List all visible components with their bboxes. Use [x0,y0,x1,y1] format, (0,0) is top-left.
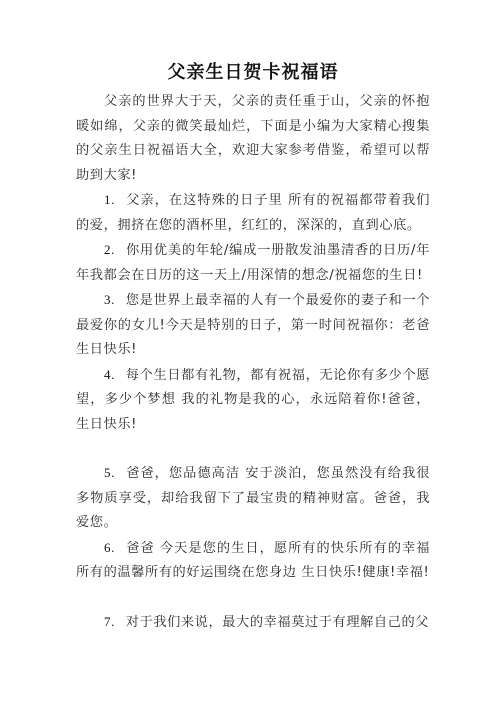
item-number: 1. [104,192,115,207]
item-text: 爸爸，您品德高洁 安于淡泊，您虽然没有给我很多物质享受，却给我留下了最宝贵的精神… [76,466,430,530]
wish-item-2: 2. 你用优美的年轮/编成一册散发油墨清香的日历/年年我都会在日历的这一天上/用… [76,238,430,288]
intro-paragraph: 父亲的世界大于天，父亲的责任重于山，父亲的怀抱暖如绵，父亲的微笑最灿烂，下面是小… [76,90,430,188]
item-number: 3. [104,292,115,307]
item-number: 6. [104,540,115,555]
wish-item-3: 3. 您是世界上最幸福的人有一个最爱你的妻子和一个最爱你的女儿!今天是特别的日子… [76,288,430,363]
wish-item-4: 4. 每个生日都有礼物，都有祝福，无论你有多少个愿望，多少个梦想 我的礼物是我的… [76,363,430,438]
paragraph-spacer [76,437,430,461]
item-number: 2. [104,242,115,257]
item-text: 你用优美的年轮/编成一册散发油墨清香的日历/年年我都会在日历的这一天上/用深情的… [76,243,430,283]
wish-item-1: 1. 父亲，在这特殊的日子里 所有的祝福都带着我们的爱，拥挤在您的酒杯里，红红的… [76,188,430,238]
item-text: 对于我们来说，最大的幸福莫过于有理解自己的父 [126,615,429,630]
paragraph-spacer [76,586,430,610]
wish-item-6: 6. 爸爸 今天是您的生日，愿所有的快乐所有的幸福所有的温馨所有的好运围绕在您身… [76,536,430,586]
item-text: 父亲，在这特殊的日子里 所有的祝福都带着我们的爱，拥挤在您的酒杯里，红红的，深深… [76,193,430,233]
wish-item-7: 7. 对于我们来说，最大的幸福莫过于有理解自己的父 [76,610,430,636]
item-text: 您是世界上最幸福的人有一个最爱你的妻子和一个最爱你的女儿!今天是特别的日子，第一… [76,293,430,357]
item-text: 每个生日都有礼物，都有祝福，无论你有多少个愿望，多少个梦想 我的礼物是我的心，永… [76,368,430,432]
document-page: 父亲生日贺卡祝福语 父亲的世界大于天，父亲的责任重于山，父亲的怀抱暖如绵，父亲的… [76,60,430,635]
item-number: 4. [104,367,115,382]
wish-item-5: 5. 爸爸，您品德高洁 安于淡泊，您虽然没有给我很多物质享受，却给我留下了最宝贵… [76,461,430,536]
document-title: 父亲生日贺卡祝福语 [76,60,430,86]
item-number: 5. [104,465,115,480]
item-text: 爸爸 今天是您的生日，愿所有的快乐所有的幸福所有的温馨所有的好运围绕在您身边 生… [76,541,430,581]
item-number: 7. [104,614,115,629]
